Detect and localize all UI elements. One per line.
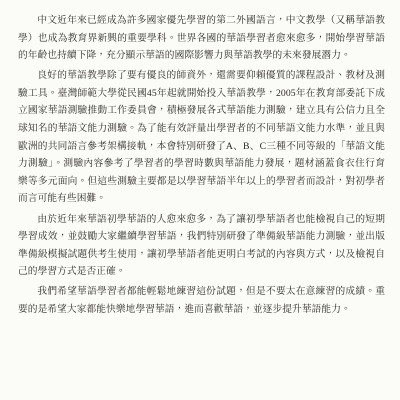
preface-paragraph-3: 由於近年來華語初學華語的人愈來愈多，為了讓初學華語者也能檢視自己的短期學習成效，… (18, 211, 385, 281)
preface-body: 中文近年來已經成為許多國家優先學習的第二外國語言，中文教學（又稱華語教學）也成為… (18, 12, 385, 319)
document-page: 中文近年來已經成為許多國家優先學習的第二外國語言，中文教學（又稱華語教學）也成為… (0, 0, 400, 400)
preface-paragraph-2: 良好的華語教學除了要有優良的師資外，還需要仰賴優質的課程設計、教材及測驗工具。臺… (18, 67, 385, 208)
preface-paragraph-4: 我們希望華語學習者都能輕鬆地練習這份試題，但是不要太在意練習的成績。重要的是希望… (18, 283, 385, 318)
preface-paragraph-1: 中文近年來已經成為許多國家優先學習的第二外國語言，中文教學（又稱華語教學）也成為… (18, 12, 385, 65)
